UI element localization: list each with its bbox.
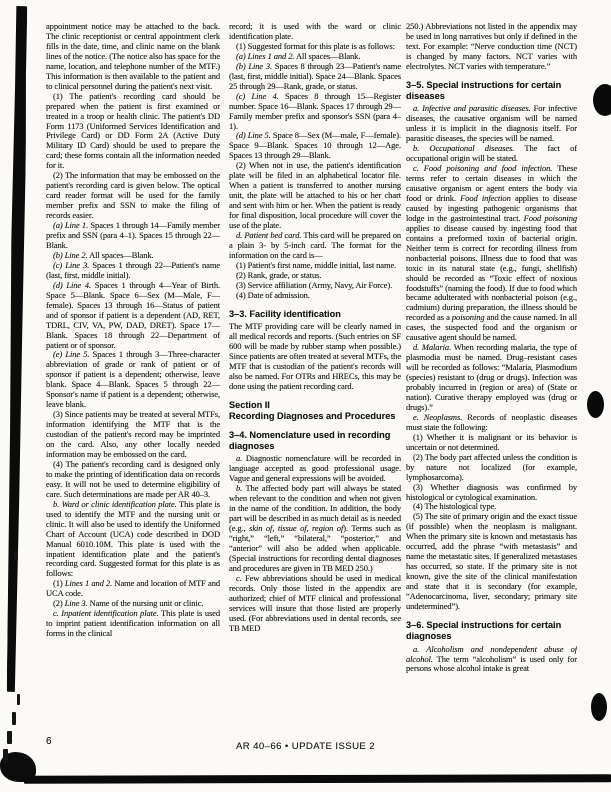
- paragraph: (c) Line 3. Spaces 1 through 22—Patient'…: [46, 261, 220, 281]
- text-run: All spaces—Blank.: [294, 51, 360, 61]
- text-run: All spaces—Blank.: [88, 250, 154, 260]
- text-run: applies to disease caused by ingesting f…: [406, 223, 577, 323]
- text-column-middle: record; it is used with the ward or clin…: [229, 22, 401, 740]
- text-run: Diagnostic nomenclature will be recorded…: [229, 453, 401, 483]
- section-heading: Section II Recording Diagnoses and Proce…: [229, 400, 401, 422]
- paragraph: (2) The information that may be embossed…: [46, 171, 220, 221]
- text-run: (1) Suggested format for this plate is a…: [236, 41, 395, 51]
- paragraph: e. Neoplasms. Records of neoplastic dise…: [406, 413, 577, 433]
- paragraph: (3) Since patients may be treated at sev…: [46, 410, 220, 460]
- text-run: Line 3.: [65, 598, 88, 608]
- paragraph: (3) Whether diagnosis was confirmed by h…: [406, 483, 577, 503]
- text-run: (2): [53, 598, 65, 608]
- text-run: c. Inpatient identification plate.: [53, 608, 159, 618]
- text-run: b. Occupational diseases.: [413, 143, 514, 153]
- scan-hole-punch-mark-middle: [587, 391, 604, 418]
- text-run: (b) Line 2.: [53, 250, 88, 260]
- text-run: (2) The information that may be embossed…: [46, 170, 220, 220]
- text-run: (d) Line 4.: [53, 280, 91, 290]
- paragraph: (1) Whether it is malignant or its behav…: [406, 433, 577, 453]
- text-run: Name of the nursing unit or clinic.: [88, 598, 204, 608]
- text-run: (a) Lines 1 and 2.: [236, 51, 294, 61]
- text-run: (4) Date of admission.: [236, 290, 310, 300]
- text-run: (b) Line 3.: [236, 61, 272, 71]
- paragraph: (b) Line 3. Spaces 8 through 23—Patient'…: [229, 62, 401, 92]
- text-run: appointment notice may be attached to th…: [46, 22, 220, 91]
- text-run: (c) Line 4.: [236, 91, 279, 101]
- text-run: The MTF providing care will be clearly n…: [229, 321, 401, 391]
- text-run: (e) Line 5.: [53, 349, 89, 359]
- section-heading: 3–6. Special instructions for certain di…: [406, 620, 577, 642]
- paragraph: c. Inpatient identification plate. This …: [46, 609, 220, 639]
- text-run: e. Neoplasms.: [413, 412, 462, 422]
- text-run: (2) Rank, grade, or status.: [236, 270, 321, 280]
- paragraph: (d) Line 4. Spaces 1 through 4—Year of B…: [46, 281, 220, 351]
- text-run: Spaces 1 through 4—Year of Birth. Space …: [46, 280, 220, 350]
- text-run: d. Patient bed card.: [236, 230, 301, 240]
- paragraph: b. Ward or clinic identification plate. …: [46, 500, 220, 580]
- paragraph: (d) Line 5. Space 8—Sex (M—male, F—femal…: [229, 131, 401, 161]
- text-run: (c) Line 3.: [53, 260, 89, 270]
- scan-binding-streak: [7, 6, 28, 692]
- paragraph: d. Malaria. When recording malaria, the …: [406, 343, 577, 413]
- paragraph: (c) Line 4. Spaces 8 through 15—Register…: [229, 92, 401, 132]
- text-run: This plate is used to identify the MTF a…: [46, 499, 220, 579]
- paragraph: a. Diagnostic nomenclature will be recor…: [229, 454, 401, 484]
- paragraph: d. Patient bed card. This card will be p…: [229, 231, 401, 261]
- text-run: (3) Whether diagnosis was confirmed by h…: [406, 482, 577, 502]
- paragraph: c. Food poisoning and food infection. Th…: [406, 164, 577, 343]
- section-heading: 3–5. Special instructions for certain di…: [406, 80, 577, 102]
- document-page: appointment notice may be attached to th…: [0, 0, 611, 792]
- text-run: (a) Line 1.: [53, 220, 88, 230]
- text-run: poisoning: [452, 312, 485, 322]
- text-run: (1) The patient's recording card should …: [46, 91, 220, 171]
- section-heading: 3–3. Facility identification: [229, 309, 401, 320]
- text-run: b. Ward or clinic identification plate.: [53, 499, 177, 509]
- paragraph: c. Few abbreviations should be used in m…: [229, 574, 401, 634]
- scan-speck: [3, 749, 8, 763]
- text-run: (3) Since patients may be treated at sev…: [46, 409, 220, 459]
- scan-speck: [14, 551, 18, 560]
- text-run: (2) The body part affected unless the co…: [406, 452, 577, 482]
- scan-bottom-edge-bar: [24, 774, 611, 784]
- paragraph: (5) The site of primary origin and the e…: [406, 512, 577, 612]
- paragraph: (1) The patient's recording card should …: [46, 92, 220, 172]
- paragraph: b. The affected body part will always be…: [229, 484, 401, 574]
- footer-citation: AR 40–66 • UPDATE ISSUE 2: [0, 741, 611, 752]
- text-run: 250.) Abbreviations not listed in the ap…: [406, 22, 577, 71]
- paragraph: (e) Line 5. Spaces 1 through 3—Three-cha…: [46, 350, 220, 410]
- paragraph: 250.) Abbreviations not listed in the ap…: [406, 22, 577, 72]
- text-run: (4) The histological type.: [413, 501, 496, 511]
- text-run: Few abbreviations should be used in medi…: [229, 573, 401, 633]
- paragraph: (4) Date of admission.: [229, 291, 401, 301]
- paragraph: record; it is used with the ward or clin…: [229, 22, 401, 42]
- paragraph: (a) Line 1. Spaces 1 through 14—Family m…: [46, 221, 220, 251]
- paragraph: b. Occupational diseases. The fact of oc…: [406, 144, 577, 164]
- scan-speck: [12, 712, 16, 725]
- text-run: When recording malaria, the type of plas…: [406, 342, 577, 412]
- text-run: Food poisoning: [524, 213, 577, 223]
- text-run: (4) The patient's recording card is desi…: [46, 459, 220, 499]
- text-run: Food infection: [460, 193, 511, 203]
- scan-hole-punch-mark-top: [593, 84, 611, 116]
- text-run: c. Food poisoning and food infection.: [413, 163, 552, 173]
- text-run: (3) Service affiliation (Army, Navy, Air…: [236, 280, 392, 290]
- scan-speck: [17, 694, 20, 705]
- paragraph: (1) Lines 1 and 2. Name and location of …: [46, 579, 220, 599]
- paragraph: (2) When not in use, the patient's ident…: [229, 161, 401, 231]
- text-run: a. Infective and parasitic diseases.: [413, 103, 531, 113]
- text-run: (2) When not in use, the patient's ident…: [229, 160, 401, 230]
- text-run: Lines 1 and 2.: [65, 578, 112, 588]
- text-run: (1) Patient's first name, middle initial…: [236, 260, 396, 270]
- section-heading: 3–4. Nomenclature used in recording diag…: [229, 430, 401, 452]
- paragraph: (4) The patient's recording card is desi…: [46, 460, 220, 500]
- text-run: (1) Whether it is malignant or its behav…: [406, 432, 577, 452]
- paragraph: a. Infective and parasitic diseases. For…: [406, 104, 577, 144]
- text-run: (5) The site of primary origin and the e…: [406, 511, 577, 611]
- text-run: (d) Line 5.: [236, 130, 271, 140]
- text-run: d. Malaria.: [413, 342, 451, 352]
- paragraph: The MTF providing care will be clearly n…: [229, 322, 401, 392]
- text-run: record; it is used with the ward or clin…: [229, 22, 401, 41]
- text-column-left: appointment notice may be attached to th…: [46, 22, 220, 740]
- scan-hole-punch-mark-bottom: [591, 693, 607, 721]
- text-column-right: 250.) Abbreviations not listed in the ap…: [406, 22, 577, 740]
- paragraph: (2) The body part affected unless the co…: [406, 453, 577, 483]
- paragraph: a. Alcoholism and nondependent abuse of …: [406, 645, 577, 675]
- text-run: (1): [53, 578, 65, 588]
- paragraph: appointment notice may be attached to th…: [46, 22, 220, 92]
- scan-speck: [7, 731, 12, 744]
- text-run: skin of, tissue of, region of: [249, 523, 343, 533]
